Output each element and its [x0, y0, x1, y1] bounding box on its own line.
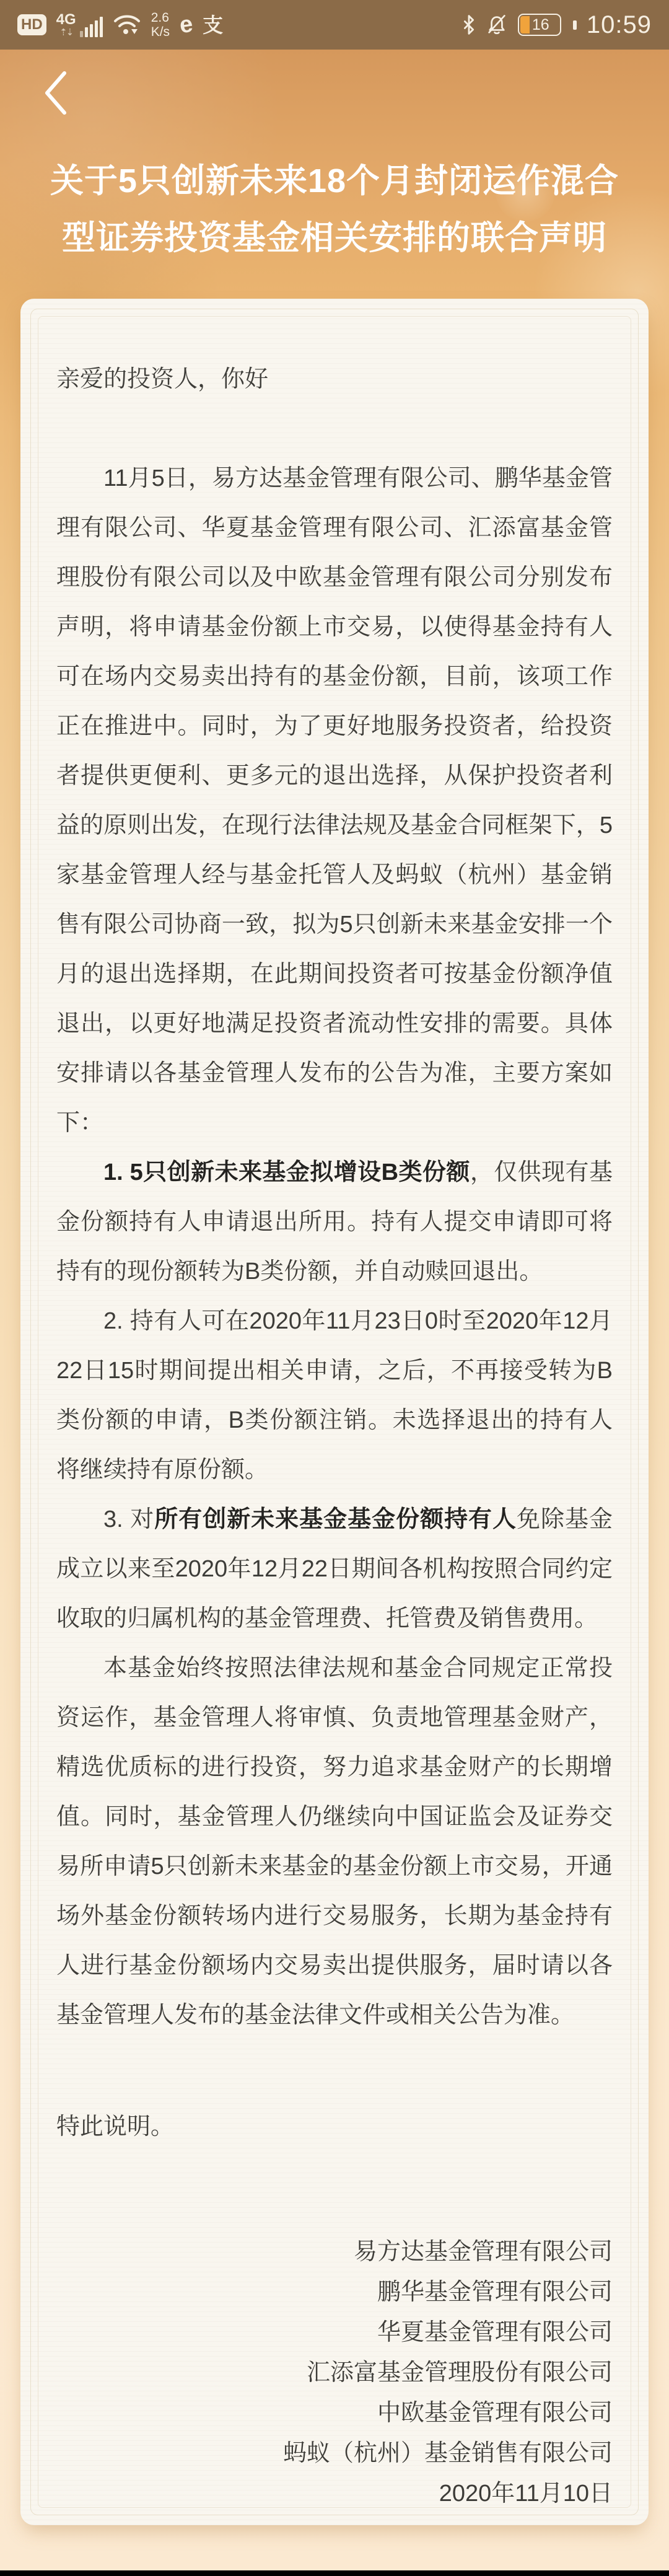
body-text: 本基金始终按照法律法规和基金合同规定正常投资运作，基金管理人将审慎、负责地管理基… — [56, 1655, 613, 2028]
letter-closing: 特此说明。 — [56, 2102, 613, 2152]
network-type: 4G ⇡⇣ — [56, 12, 76, 37]
signature-block: 易方达基金管理有限公司鹏华基金管理有限公司华夏基金管理有限公司汇添富基金管理股份… — [56, 2232, 613, 2514]
bold-text: 1. 5只创新未来基金拟增设B类份额 — [103, 1159, 470, 1185]
speed-value: 2.6 — [151, 11, 169, 25]
signal-bars-icon — [80, 16, 103, 37]
screen-bottom-edge — [0, 2570, 669, 2576]
page-title-line1: 关于5只创新未来18个月封闭运作混合 — [0, 152, 669, 209]
signature-line: 鹏华基金管理有限公司 — [56, 2272, 613, 2313]
cell-signal: 4G ⇡⇣ — [56, 12, 103, 37]
page-title-line2: 型证券投资基金相关安排的联合声明 — [0, 209, 669, 266]
bluetooth-icon — [462, 14, 476, 35]
wifi-icon — [113, 13, 141, 37]
back-button[interactable] — [41, 69, 73, 116]
letter-paragraph: 3. 对所有创新未来基金基金份额持有人免除基金成立以来至2020年12月22日期… — [56, 1495, 613, 1643]
mute-bell-icon — [486, 14, 508, 36]
body-text: 11月5日，易方达基金管理有限公司、鹏华基金管理有限公司、华夏基金管理有限公司、… — [56, 465, 613, 1136]
signature-line: 汇添富基金管理股份有限公司 — [56, 2353, 613, 2393]
body-text: 2. 持有人可在2020年11月23日0时至2020年12月22日15时期间提出… — [56, 1308, 613, 1483]
eleme-app-icon: e — [178, 12, 194, 38]
wifi-down-arrow-icon — [131, 29, 138, 34]
letter-card: 亲爱的投资人，你好 11月5日，易方达基金管理有限公司、鹏华基金管理有限公司、华… — [20, 299, 649, 2525]
body-text: 3. 对 — [103, 1506, 154, 1532]
signature-line: 蚂蚁（杭州）基金销售有限公司 — [56, 2433, 613, 2474]
letter-paragraph: 1. 5只创新未来基金拟增设B类份额，仅供现有基金份额持有人申请退出所用。持有人… — [56, 1148, 613, 1296]
status-bar: HD 4G ⇡⇣ 2.6 K/s — [0, 0, 669, 50]
letter-paragraph: 2. 持有人可在2020年11月23日0时至2020年12月22日15时期间提出… — [56, 1296, 613, 1495]
bold-text: 所有创新未来基金基金份额持有人 — [154, 1506, 517, 1532]
signature-line: 易方达基金管理有限公司 — [56, 2232, 613, 2272]
battery-percent: 16 — [532, 16, 549, 34]
app-screen: HD 4G ⇡⇣ 2.6 K/s — [0, 0, 669, 2576]
battery-icon: 16 — [518, 14, 561, 36]
network-speed: 2.6 K/s — [151, 11, 170, 39]
battery-fill — [520, 16, 530, 33]
battery-cap-icon — [573, 20, 577, 30]
letter-paragraphs: 11月5日，易方达基金管理有限公司、鹏华基金管理有限公司、华夏基金管理有限公司、… — [56, 454, 613, 2040]
letter-paragraph: 本基金始终按照法律法规和基金合同规定正常投资运作，基金管理人将审慎、负责地管理基… — [56, 1643, 613, 2040]
signature-line: 中欧基金管理有限公司 — [56, 2393, 613, 2433]
status-left-cluster: HD 4G ⇡⇣ 2.6 K/s — [17, 11, 223, 39]
hd-badge: HD — [17, 14, 46, 35]
page-title: 关于5只创新未来18个月封闭运作混合 型证券投资基金相关安排的联合声明 — [0, 152, 669, 266]
letter-content: 亲爱的投资人，你好 11月5日，易方达基金管理有限公司、鹏华基金管理有限公司、华… — [56, 354, 613, 2514]
status-right-cluster: 16 10:59 — [462, 11, 652, 39]
letter-greeting: 亲爱的投资人，你好 — [56, 354, 613, 404]
clock-time: 10:59 — [587, 11, 652, 39]
letter-paragraph: 11月5日，易方达基金管理有限公司、鹏华基金管理有限公司、华夏基金管理有限公司、… — [56, 454, 613, 1148]
speed-unit: K/s — [151, 25, 170, 39]
updown-arrows-icon: ⇡⇣ — [59, 28, 72, 37]
letter-date: 2020年11月10日 — [56, 2474, 613, 2514]
alipay-app-icon: 支 — [203, 15, 223, 35]
signature-line: 华夏基金管理有限公司 — [56, 2313, 613, 2353]
network-type-label: 4G — [56, 12, 76, 27]
